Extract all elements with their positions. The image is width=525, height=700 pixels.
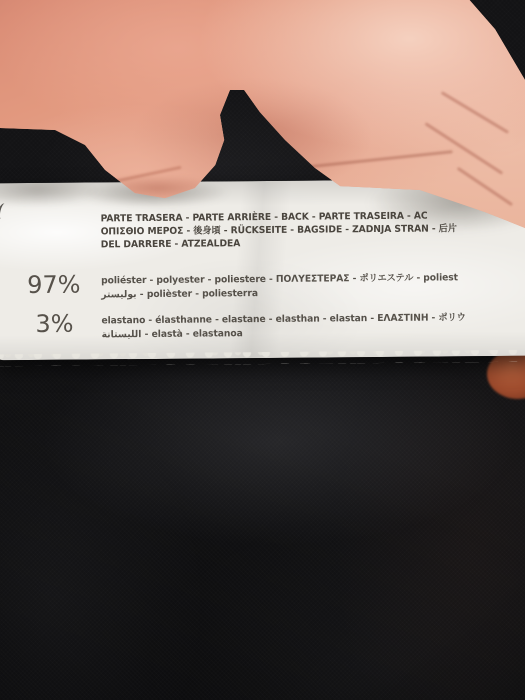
- elastane-translations: elastano - élasthanne - elastane - elast…: [101, 311, 466, 342]
- elastane-line-2: الليستانة - elastà - elastanoa: [102, 325, 466, 342]
- photo-scene: PARTE TRASERA - PARTE ARRIÈRE - BACK - P…: [0, 0, 525, 700]
- finger-separation-crease: [303, 150, 452, 169]
- knuckle-crease: [457, 167, 513, 206]
- heading-line-3: DEL DARRERE - ATZEALDEA: [101, 235, 457, 251]
- label-heading: PARTE TRASERA - PARTE ARRIÈRE - BACK - P…: [100, 209, 457, 251]
- polyester-translations: poliéster - polyester - poliestere - ΠΟΛ…: [101, 271, 458, 302]
- knuckle-crease: [425, 122, 504, 174]
- percent-elastane: 3%: [35, 310, 73, 338]
- polyester-line-2: بوليستر - polièster - poliesterra: [101, 285, 458, 302]
- label-fold-shadow-left: [0, 179, 102, 208]
- percent-polyester: 97%: [27, 271, 81, 299]
- care-label: PARTE TRASERA - PARTE ARRIÈRE - BACK - P…: [0, 179, 525, 361]
- knuckle-crease: [441, 91, 509, 133]
